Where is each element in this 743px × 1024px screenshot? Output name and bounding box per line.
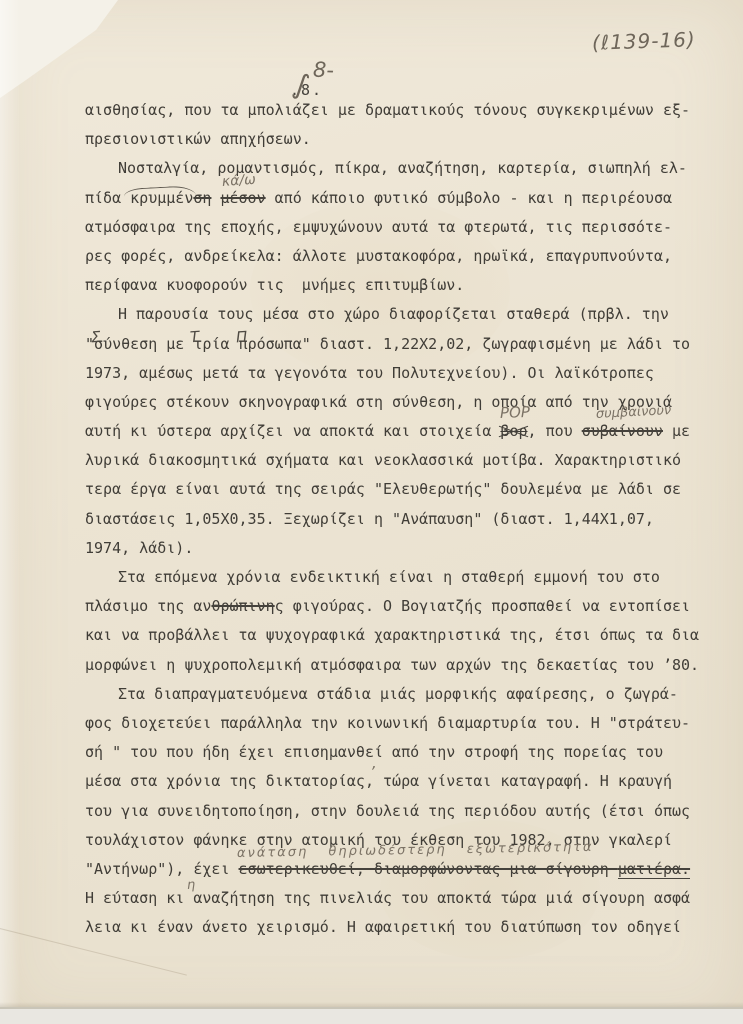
typed-line: 1974, λάδι). bbox=[85, 534, 725, 563]
typed-text: με bbox=[663, 422, 690, 440]
paper-left-edge-highlight bbox=[0, 0, 20, 1024]
typed-text: ύνθεση με bbox=[103, 335, 193, 353]
typed-line: Νοσταλγία, ρομαντισμός, πίκρα, αναζήτηση… bbox=[85, 154, 725, 183]
typed-text: ατμόσφαιρα της εποχής, εμψυχώνουν αυτά τ… bbox=[85, 218, 672, 236]
typed-line: φος διοχετεύει παράλληλα την κοινωνική δ… bbox=[85, 709, 725, 738]
typed-text: του για συνειδητοποίηση, στην δουλειά τη… bbox=[85, 802, 690, 820]
typed-text: περίφανα κυοφορούν τις μνήμες επιτυμβίων… bbox=[85, 276, 464, 294]
typed-line: Στα επόμενα χρόνια ενδεικτική είναι η στ… bbox=[85, 563, 725, 592]
scanned-manuscript-page: (ℓ139-16) .8. ∫ 8- αισθησίας, που τα μπο… bbox=[0, 0, 743, 1024]
struck-out-text: μέσον bbox=[220, 189, 265, 207]
typed-line: σή " του που ήδη έχει επισημανθεί από τη… bbox=[85, 738, 725, 767]
typed-line: αυτή κι ύστερα αρχίζει να αποκτά και στο… bbox=[85, 417, 725, 446]
typed-text: 1974, λάδι). bbox=[85, 539, 193, 557]
typed-text: μέσα στα χρόνια της δικτατορίας, bbox=[85, 772, 374, 790]
struck-out-text: εσωτερικευθεί, διαμορφώνοντας μια σίγουρ… bbox=[239, 860, 618, 878]
typed-line: του για συνειδητοποίηση, στην δουλειά τη… bbox=[85, 797, 725, 826]
typed-text: λεια κι έναν άνετο χειρισμό. Η αφαιρετικ… bbox=[85, 918, 681, 936]
typed-text: και να προβάλλει τα ψυχογραφικά χαρακτηρ… bbox=[85, 626, 699, 644]
typewritten-text-body: αισθησίας, που τα μπολιάζει με δραματικο… bbox=[85, 96, 725, 942]
handwritten-archive-reference: (ℓ139-16) bbox=[592, 27, 696, 55]
typed-line: "σΣύνθεση με τΤρία πΠρόσωπα" διαστ. 1,22… bbox=[85, 330, 725, 359]
typed-line: Στα διαπραγματευόμενα στάδια μιάς μορφικ… bbox=[85, 680, 725, 709]
typed-line: λεια κι έναν άνετο χειρισμό. Η αφαιρετικ… bbox=[85, 913, 725, 942]
typed-text: "Αντήνωρ"), έχει bbox=[85, 860, 239, 878]
struck-out-text: συβαίνουν bbox=[582, 422, 663, 440]
typed-text: Στα διαπραγματευόμενα στάδια μιάς μορφικ… bbox=[118, 685, 678, 703]
typed-letter-with-capital-overlay: τΤ bbox=[193, 335, 202, 353]
typed-text: τερα έργα είναι αυτά της σειράς "Ελευθερ… bbox=[85, 480, 681, 498]
typed-text: αισθησίας, που τα μπολιάζει με δραματικο… bbox=[85, 101, 690, 119]
typed-text: ς φιγούρας. Ο Βογιατζής προσπαθεί να εντ… bbox=[275, 597, 690, 615]
typed-text: τώρα γίνεται καταγραφή. Η κραυγή bbox=[374, 772, 672, 790]
typed-text: Η εύταση κι bbox=[85, 889, 193, 907]
typed-line: Η παρουσία τους μέσα στο χώρο διαφορίζετ… bbox=[85, 300, 725, 329]
handwritten-annotation: ανάταση θηριωδέστερη εξωτερικότητα bbox=[236, 839, 237, 868]
typed-line: 1973, αμέσως μετά τα γεγονότα του Πολυτε… bbox=[85, 359, 725, 388]
typed-text: αναζήτηση της πινελιάς του αποκτά τώρα μ… bbox=[193, 889, 690, 907]
typed-line: αισθησίας, που τα μπολιάζει με δραματικο… bbox=[85, 96, 725, 125]
crossed-out-text: βορ bbox=[500, 422, 527, 440]
typed-text: λυρικά διακοσμητικά σχήματα και νεοκλασσ… bbox=[85, 451, 681, 469]
handwritten-capital-letter: Π bbox=[235, 322, 248, 352]
typed-text: διαστάσεις 1,05X0,35. Ξεχωρίζει η "Ανάπα… bbox=[85, 510, 654, 528]
typed-text: 1973, αμέσως μετά τα γεγονότα του Πολυτε… bbox=[85, 364, 654, 382]
typed-line: "Αντήνωρ"), έχει ανάταση θηριωδέστερη εξ… bbox=[85, 855, 725, 884]
typed-letter-with-capital-overlay: πΠ bbox=[239, 335, 248, 353]
typed-text: Νοσταλγία, ρομαντισμός, πίκρα, αναζήτηση… bbox=[118, 159, 687, 177]
typed-line: λυρικά διακοσμητικά σχήματα και νεοκλασσ… bbox=[85, 446, 725, 475]
typed-line: περίφανα κυοφορούν τις μνήμες επιτυμβίων… bbox=[85, 271, 725, 300]
typed-text: από κάποιο φυτικό σύμβολο - και η περιρέ… bbox=[266, 189, 672, 207]
typed-line: και να προβάλλει τα ψυχογραφικά χαρακτηρ… bbox=[85, 621, 725, 650]
struck-underlined-text: ματιέρα. bbox=[618, 860, 690, 879]
typed-line: διαστάσεις 1,05X0,35. Ξεχωρίζει η "Ανάπα… bbox=[85, 505, 725, 534]
typed-line: μέσα στα χρόνια της δικτατορίας,’ τώρα γ… bbox=[85, 767, 725, 796]
typed-line: ρες φορές, ανδρείκελα: άλλοτε μυστακοφόρ… bbox=[85, 242, 725, 271]
typed-line: πρεσιονιστικών απηχήσεων. bbox=[85, 125, 725, 154]
typed-line: τερα έργα είναι αυτά της σειράς "Ελευθερ… bbox=[85, 475, 725, 504]
typed-line: μορφώνει η ψυχροπολεμική ατμόσφαιρα των … bbox=[85, 651, 725, 680]
typed-text: Η παρουσία τους μέσα στο χώρο διαφορίζετ… bbox=[118, 305, 669, 323]
typed-text: μορφώνει η ψυχροπολεμική ατμόσφαιρα των … bbox=[85, 656, 699, 674]
typed-text: ρία bbox=[202, 335, 238, 353]
typed-letter-with-capital-overlay: σΣ bbox=[94, 335, 103, 353]
typed-text: φιγούρες στέκουν σκηνογραφικά στη σύνθεσ… bbox=[85, 393, 672, 411]
typed-text: αυτή κι ύστερα αρχίζει να αποκτά και στο… bbox=[85, 422, 500, 440]
typed-text: πρεσιονιστικών απηχήσεων. bbox=[85, 130, 311, 148]
typed-line: πλάσιμο της ανθρώπινης φιγούρας. Ο Βογια… bbox=[85, 592, 725, 621]
struck-out-text: ση bbox=[193, 189, 211, 207]
typed-text: φος διοχετεύει παράλληλα την κοινωνική δ… bbox=[85, 714, 690, 732]
typed-line: Η εύταση κι ηαναζήτηση της πινελιάς του … bbox=[85, 884, 725, 913]
scan-bottom-strip bbox=[0, 1007, 743, 1024]
typed-text: σή " του που ήδη έχει επισημανθεί από τη… bbox=[85, 743, 663, 761]
typed-line: ατμόσφαιρα της εποχής, εμψυχώνουν αυτά τ… bbox=[85, 213, 725, 242]
handwritten-page-number: 8- bbox=[313, 58, 335, 83]
typed-text: Στα επόμενα χρόνια ενδεικτική είναι η στ… bbox=[118, 568, 660, 586]
struck-out-text: θρώπινη bbox=[211, 597, 274, 615]
typed-text: ρες φορές, ανδρείκελα: άλλοτε μυστακοφόρ… bbox=[85, 247, 672, 265]
typed-text: πλάσιμο της αν bbox=[85, 597, 211, 615]
typed-text: , που bbox=[528, 422, 582, 440]
typed-text: ρόσωπα" διαστ. 1,22X2,02, ζωγραφισμένη μ… bbox=[248, 335, 691, 353]
handwritten-capital-letter: Σ bbox=[90, 322, 101, 352]
typed-line: πίδα κρυμμένση κά/ωμέσον από κάποιο φυτι… bbox=[85, 184, 725, 213]
